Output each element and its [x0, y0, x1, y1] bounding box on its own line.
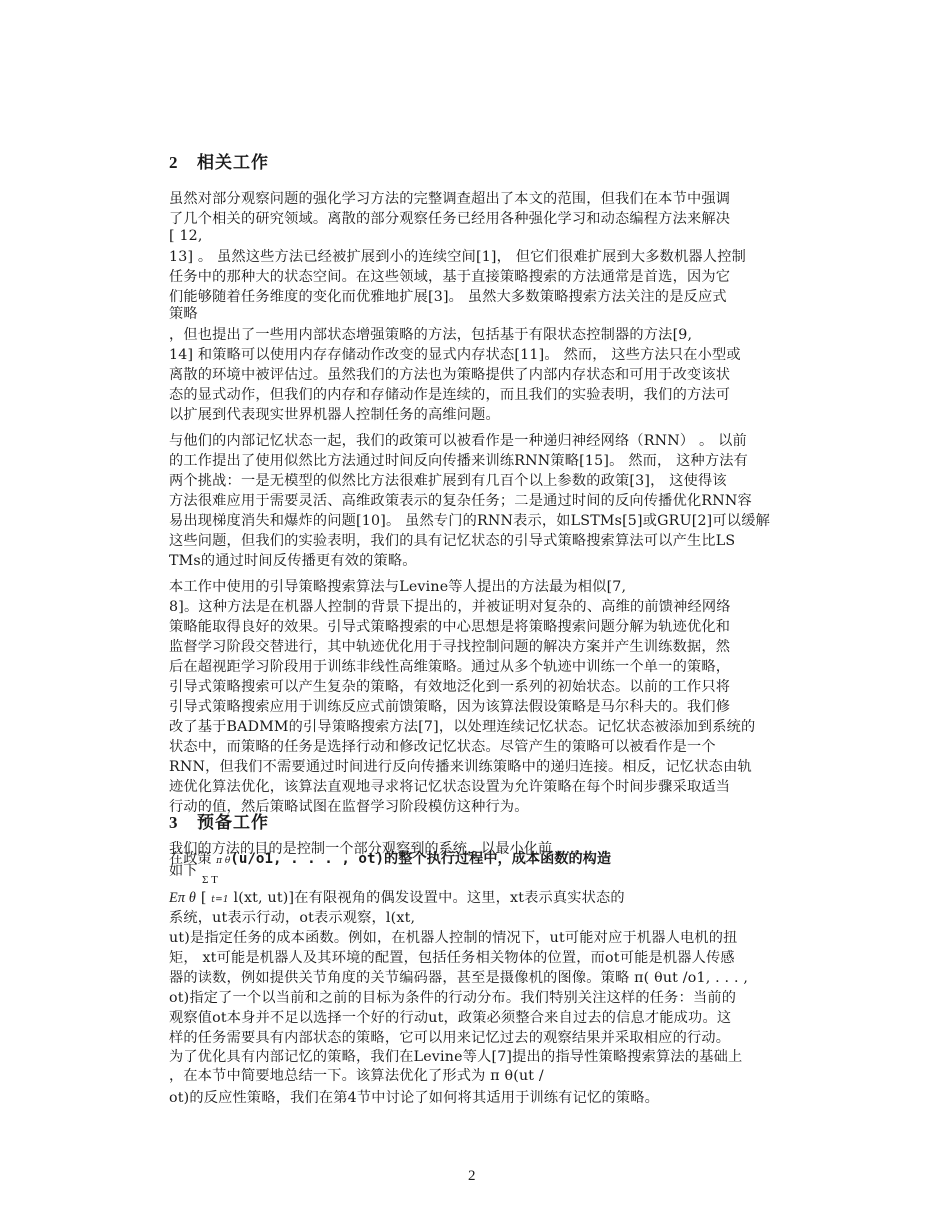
text-line: 引导式策略搜索应用于训练反应式前馈策略，因为该算法假设策略是马尔科夫的。我们修: [169, 697, 730, 717]
formula-line: Eπ θ [ t=1 l(xt, ut)]在有限视角的偶发设置中。这里，xt表示…: [169, 888, 625, 910]
text-line: 们能够随着任务维度的变化而优雅地扩展[3]。 虽然大多数策略搜索方法关注的是反应…: [169, 287, 727, 307]
section-number: 3: [169, 813, 197, 833]
text-line: 8]。这种方法是在机器人控制的背景下提出的，并被证明对复杂的、高维的前馈神经网络: [169, 597, 731, 617]
text-line: 方法很难应用于需要灵活、高维政策表示的复杂任务；二是通过时间的反向传播优化RNN…: [169, 491, 752, 511]
formula-body: l(xt, ut)]在有限视角的偶发设置中。这里，xt表示真实状态的: [233, 890, 624, 906]
text-line: 为了优化具有内部记忆的策略，我们在Levine等人[7]提出的指导性策略搜索算法…: [169, 1047, 742, 1067]
text-line: 两个挑战：一是无模型的似然比方法很难扩展到有几百个以上参数的政策[3]， 这使得…: [169, 471, 727, 491]
section-number: 2: [169, 153, 197, 173]
text-line: ，但也提出了一些用内部状态增强策略的方法，包括基于有限状态控制器的方法[9,: [169, 325, 692, 345]
text-line: 样的任务需要具有内部状态的策略，它可以用来记忆过去的观察结果并采取相应的行动。: [169, 1028, 730, 1048]
text-line: 任务中的那种大的状态空间。在这些领域，基于直接策略搜索的方法通常是首选，因为它: [169, 267, 730, 287]
text-fragment: (u: [230, 851, 247, 867]
text-line: ，在本节中简要地总结一下。该算法优化了形式为 π θ(ut /: [169, 1066, 544, 1086]
text-line: 器的读数，例如提供关节角度的关节编码器，甚至是摄像机的图像。策略 π( θut …: [169, 968, 748, 988]
text-line: ot)的反应性策略，我们在第4节中讨论了如何将其适用于训练有记忆的策略。: [169, 1088, 659, 1108]
expectation-symbol: Eπ θ: [169, 890, 196, 906]
sum-lower-bound: t=1: [211, 895, 228, 905]
text-line: 引导式策略搜索可以产生复杂的策略，有效地泛化到一系列的初始状态。以前的工作只将: [169, 677, 730, 697]
text-line: 策略: [169, 304, 198, 324]
section-title: 相关工作: [197, 153, 269, 173]
section-title: 预备工作: [197, 813, 269, 833]
text-line: 与他们的内部记忆状态一起，我们的政策可以被看作是一种递归神经网络（RNN） 。 …: [169, 431, 747, 451]
text-line: 了几个相关的研究领域。离散的部分观察任务已经用各种强化学习和动态编程方法来解决: [169, 209, 730, 229]
text-line: 易出现梯度消失和爆炸的问题[10]。 虽然专门的RNN表示，如LSTMs[5]或…: [169, 511, 770, 531]
text-line: 在政策 π θ(u/o1, . . . , ot)的整个执行过程中，成本函数的构…: [169, 852, 611, 868]
text-line: 系统，ut表示行动，ot表示观察，l(xt,: [169, 908, 415, 928]
text-line: 策略能取得良好的效果。引导式策略搜索的中心思想是将策略搜索问题分解为轨迹优化和: [169, 617, 730, 637]
text-line: 监督学习阶段交替进行，其中轨迹优化用于寻找控制问题的解决方案并产生训练数据，然: [169, 637, 730, 657]
text-line: TMs的通过时间反传播更有效的策略。: [169, 551, 417, 571]
text-line: RNN，但我们不需要通过时间进行反向传播来训练策略中的递归连接。相反，记忆状态由…: [169, 757, 752, 777]
page-number: 2: [468, 1168, 476, 1185]
text-line: 的工作提出了使用似然比方法通过时间反向传播来训练RNN策略[15]。 然而， 这…: [169, 451, 748, 471]
sum-symbol: Σ T: [202, 874, 218, 886]
bracket: [: [201, 890, 207, 906]
text-line: 这些问题，但我们的实验表明，我们的具有记忆状态的引导式策略搜索算法可以产生比LS: [169, 531, 735, 551]
text-line: ot)指定了一个以当前和之前的目标为条件的行动分布。我们特别关注这样的任务：当前…: [169, 988, 736, 1008]
text-line: 以扩展到代表现实世界机器人控制任务的高维问题。: [169, 405, 500, 425]
text-line: 离散的环境中被评估过。虽然我们的方法也为策略提供了内部内存状态和可用于改变该状: [169, 365, 730, 385]
text-line: 虽然对部分观察问题的强化学习方法的完整调查超出了本文的范围，但我们在本节中强调: [169, 189, 730, 209]
text-line: [ 12,: [169, 226, 203, 246]
text-line: 态的显式动作，但我们的内存和存储动作是连续的，而且我们的实验表明，我们的方法可: [169, 385, 730, 405]
text-line: 本工作中使用的引导策略搜索算法与Levine等人提出的方法最为相似[7,: [169, 577, 626, 597]
section-heading-preliminaries: 3预备工作: [169, 808, 269, 833]
text-line: 矩， xt可能是机器人及其环境的配置，包括任务相关物体的位置，而ot可能是机器人…: [169, 948, 735, 968]
text-line: 改了基于BADMM的引导策略搜索方法[7]，以处理连续记忆状态。记忆状态被添加到…: [169, 717, 755, 737]
section-heading-related-work: 2相关工作: [169, 148, 269, 173]
text-line: 13] 。 虽然这些方法已经被扩展到小的连续空间[1]， 但它们很难扩展到大多数…: [169, 247, 746, 267]
text-line: 观察值ot本身并不足以选择一个好的行动ut，政策必须整合来自过去的信息才能成功。…: [169, 1008, 731, 1028]
text-line: 迹优化算法优化，该算法直观地寻求将记忆状态设置为允许策略在每个时间步骤采取适当: [169, 777, 730, 797]
text-line: 后在超视距学习阶段用于训练非线性高维策略。通过从多个轨迹中训练一个单一的策略，: [169, 657, 730, 677]
text-line: 如下: [169, 864, 197, 878]
document-page: 2相关工作 虽然对部分观察问题的强化学习方法的完整调查超出了本文的范围，但我们在…: [0, 0, 952, 1232]
text-line: 状态中，而策略的任务是选择行动和修改记忆状态。尽管产生的策略可以被看作是一个: [169, 737, 716, 757]
text-line: ut)是指定任务的成本函数。例如，在机器人控制的情况下，ut可能对应于机器人电机…: [169, 928, 738, 948]
text-line: 14] 和策略可以使用内存存储动作改变的显式内存状态[11]。 然而， 这些方法…: [169, 345, 741, 365]
text-fragment: /o1, . . . , ot)的整个执行过程中，成本函数的构造: [247, 851, 611, 867]
policy-symbol: π θ: [216, 856, 230, 866]
